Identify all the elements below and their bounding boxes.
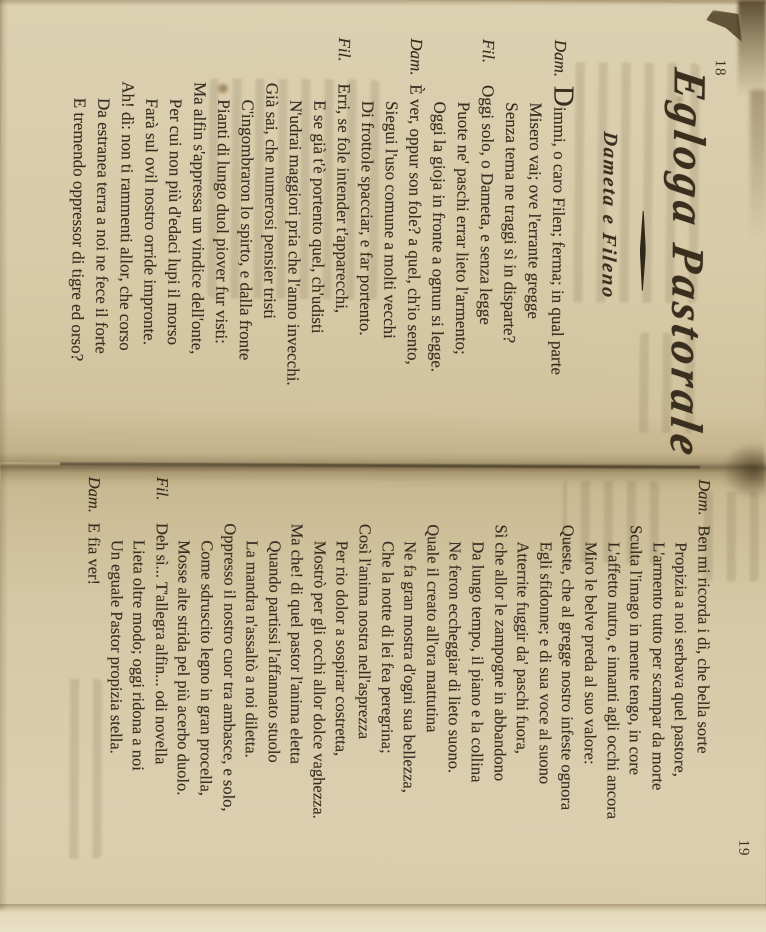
verse-text: L'affetto nutro, e innanti agli occhi an… (603, 542, 623, 819)
verse-text: Per rio dolor a sospirar costretta, (332, 541, 352, 756)
verse-line: Propizia a noi serbava quel pastore, (668, 525, 692, 820)
right-page: 19 Dam.Ben mi ricorda i dì, che bella so… (0, 464, 766, 932)
verse-line: Da estranea terra a noi ne fece il forte (88, 81, 115, 384)
verse-text: Ne fa gran mostra d'ogni sua bellezza, (400, 541, 420, 793)
verse-line: Farà sul ovil nostro orride impronte. (136, 81, 163, 384)
verse-line: Senza tema ne traggi sì in disparte? (496, 85, 523, 388)
verse-line: Egli sfidonne; e di sua voce al suono (533, 525, 557, 820)
left-page-subtitle: Dameta e Fileno (595, 0, 623, 450)
verse-text: Ne feron eccheggiar di lieto suono. (445, 541, 465, 773)
verse-text: È ver, oppur son fole? a quel, ch'io sen… (404, 84, 426, 365)
verse-line: Mostrò per gli occhi allor dolce vaghezz… (307, 524, 331, 819)
verse-text: Che la notte di lei fea peregrina; (377, 541, 397, 754)
verse-line: Ma che! di quel pastor l'anima eletta (284, 524, 308, 819)
verse-text: Sì che allor le zampogne in abbandono (490, 524, 510, 781)
verse-text: Così l'anima nostra nell'asprezza (355, 524, 375, 739)
verse-text: Ah! dì: non ti rammenti allor, che corso (116, 81, 138, 351)
verse-line: Per cui non più d'edaci lupi il morso (160, 82, 187, 385)
verse-text: Queste, che al gregge nostro infeste ogn… (558, 525, 578, 811)
verse-line: Mosse alte strida pel più acerbo duolo. (171, 523, 195, 818)
foxing-spot (218, 84, 228, 93)
speaker-label: Dam. (82, 477, 105, 513)
verse-line: Pianti di lungo duol piover fur visti: (208, 82, 235, 385)
verse-line: Dam.Dimmi, o caro Filen; ferma; in qual … (544, 86, 571, 389)
verse-text: Mosse alte strida pel più acerbo duolo. (174, 540, 194, 795)
verse-line: Ne fa gran mostra d'ogni sua bellezza, (397, 524, 421, 819)
speaker-label: Dam. (548, 40, 572, 78)
speaker-label: Fil. (150, 477, 173, 500)
right-page-verse: Dam.Ben mi ricorda i dì, che bella sorte… (81, 523, 715, 821)
verse-text: E fia ver! (84, 523, 103, 585)
verse-text: C'ingombraron lo spirto, e dalla fronte (236, 99, 258, 360)
verse-text: Atterrite fuggir da' paschi fuora, (513, 542, 533, 754)
verse-line: Puote ne' paschi errar lieto l'armento; (448, 85, 475, 388)
verse-text: Egli sfidonne; e di sua voce al suono (535, 542, 555, 785)
verse-text: Oppresso il nostro cuor tra ambasce, e s… (219, 523, 239, 811)
verse-text: E se già t'è portento quel, ch'udisti (308, 100, 329, 333)
book-spread-scan: 18 Egloga Pastorale Dameta e Fileno Dam.… (0, 0, 766, 932)
right-page-number: 19 (734, 840, 751, 857)
verse-line: E tremendo oppressor di tigre ed orso? (64, 81, 91, 384)
verse-line: Un eguale Pastor propizia stella. (103, 523, 127, 818)
verse-text: Sculta l'imago in mente tengo, in core (626, 525, 646, 775)
verse-line: Così l'anima nostra nell'asprezza (352, 524, 376, 819)
verse-line: L'affetto nutro, e innanti agli occhi an… (601, 525, 625, 820)
verse-line: Sì che allor le zampogne in abbandono (488, 524, 512, 819)
verse-text: Farà sul ovil nostro orride impronte. (140, 98, 162, 345)
verse-text: L'armento tutto per scampar da morte (648, 542, 668, 790)
verse-line: C'ingombraron lo spirto, e dalla fronte (232, 82, 259, 385)
verse-text: Ma alfin s'appressa un vindice dell'onte… (188, 82, 210, 355)
verse-text: Come sdruscito legno in gran procella, (197, 540, 217, 796)
verse-line: Fil.Deh sì... T'allegra alfin... odi nov… (149, 523, 173, 818)
verse-line: Ma alfin s'appressa un vindice dell'onte… (184, 82, 211, 385)
verse-text: Ben mi ricorda i dì, che bella sorte (694, 525, 714, 753)
verse-text: Da estranea terra a noi ne fece il forte (92, 98, 114, 354)
verse-line: La mandra n'assaltò a noi diletta. (239, 523, 263, 818)
left-page-verse: Dam.Dimmi, o caro Filen; ferma; in qual … (64, 81, 571, 389)
speaker-label: Dam. (692, 479, 715, 515)
verse-text: Deh sì... T'allegra alfin... odi novella (151, 523, 171, 764)
verse-line: Ah! dì: non ti rammenti allor, che corso (112, 81, 139, 384)
verse-line: Ne feron eccheggiar di lieto suono. (442, 524, 466, 819)
verse-text: Propizia a noi serbava quel pastore, (671, 542, 691, 777)
left-page-title: Egloga Pastorale (659, 47, 715, 481)
verse-text: Già sai, che numerosi pensier tristi (260, 83, 281, 319)
verse-line: Atterrite fuggir da' paschi fuora, (510, 525, 534, 820)
verse-line: Queste, che al gregge nostro infeste ogn… (555, 525, 579, 820)
verse-line: Fil.Erri, se fole intender t'apparecchi, (328, 83, 355, 386)
verse-line: Siegui l'uso comune a molti vecchi (376, 84, 403, 387)
verse-line: Che la notte di lei fea peregrina; (375, 524, 399, 819)
verse-text: Oggi solo, o Dameta, e senza legge (476, 85, 498, 325)
verse-line: Come sdruscito legno in gran procella, (194, 523, 218, 818)
verse-text: La mandra n'assaltò a noi diletta. (242, 540, 262, 757)
verse-text: Quando partissi l'affannato stuolo (264, 540, 284, 762)
verse-text: Misero vai; ove l'errante gregge (524, 102, 545, 319)
foxing-spot (676, 96, 683, 103)
verse-text: Siegui l'uso comune a molti vecchi (380, 101, 401, 339)
verse-text: Mostrò per gli occhi allor dolce vaghezz… (309, 541, 329, 819)
verse-text: Per cui non più d'edaci lupi il morso (164, 99, 186, 345)
verse-text: Puote ne' paschi errar lieto l'armento; (452, 102, 474, 355)
verse-text: Miro le belve preda al suo valore: (581, 542, 601, 765)
verse-line: E se già t'è portento quel, ch'udisti (304, 83, 331, 386)
verse-text: Un eguale Pastor propizia stella. (106, 540, 126, 754)
speaker-label: Fil. (332, 37, 356, 61)
verse-line: Quando partissi l'affannato stuolo (262, 523, 286, 818)
verse-text: Oggi la gioja in fronte a ognun si legge… (428, 101, 450, 372)
verse-text: Quale il creato all'ora mattutina (423, 524, 443, 732)
verse-text: Da lungo tempo, il piano e la collina (468, 541, 488, 782)
verse-line: Per rio dolor a sospirar costretta, (329, 524, 353, 819)
verse-line: Sculta l'imago in mente tengo, in core (623, 525, 647, 820)
verse-line: Quale il creato all'ora mattutina (420, 524, 444, 819)
verse-line: Lieta oltre modo; oggi ridona a noi (126, 523, 150, 818)
verse-line: Da lungo tempo, il piano e la collina (465, 524, 489, 819)
verse-line: Misero vai; ove l'errante gregge (520, 85, 547, 388)
verse-text: Ma che! di quel pastor l'anima eletta (287, 524, 307, 764)
speaker-label: Dam. (404, 38, 428, 76)
verse-line: Oggi la gioja in fronte a ognun si legge… (424, 84, 451, 387)
left-page: 18 Egloga Pastorale Dameta e Fileno Dam.… (0, 0, 766, 470)
verse-text: Erri, se fole intender t'apparecchi, (332, 83, 353, 313)
verse-text: Pianti di lungo duol piover fur visti: (212, 99, 234, 344)
verse-text: Di frottole spacciar, e far portento. (356, 101, 377, 336)
verse-text: immi, o caro Filen; ferma; in qual parte (548, 107, 570, 375)
speaker-label: Fil. (476, 39, 500, 63)
verse-line: N'udrai maggiori pria che l'anno invecch… (280, 83, 307, 386)
verse-line: Miro le belve preda al suo valore: (578, 525, 602, 820)
verse-text: Lieta oltre modo; oggi ridona a noi (129, 540, 149, 771)
verse-line: Fil.Oggi solo, o Dameta, e senza legge (472, 85, 499, 388)
verse-text: E tremendo oppressor di tigre ed orso? (68, 98, 90, 362)
verse-line: Oppresso il nostro cuor tra ambasce, e s… (216, 523, 240, 818)
verse-line: Di frottole spacciar, e far portento. (352, 84, 379, 387)
verse-text: N'udrai maggiori pria che l'anno invecch… (283, 100, 305, 386)
verse-text: Senza tema ne traggi sì in disparte? (500, 102, 522, 343)
verse-line: Dam.È ver, oppur son fole? a quel, ch'io… (400, 84, 427, 387)
verse-line: Dam.Ben mi ricorda i dì, che bella sorte (691, 525, 715, 820)
verse-line: Dam.E fia ver! (81, 523, 105, 818)
verse-initial: D (547, 86, 579, 107)
verse-line: L'armento tutto per scampar da morte (646, 525, 670, 820)
verse-line: Già sai, che numerosi pensier tristi (256, 83, 283, 386)
